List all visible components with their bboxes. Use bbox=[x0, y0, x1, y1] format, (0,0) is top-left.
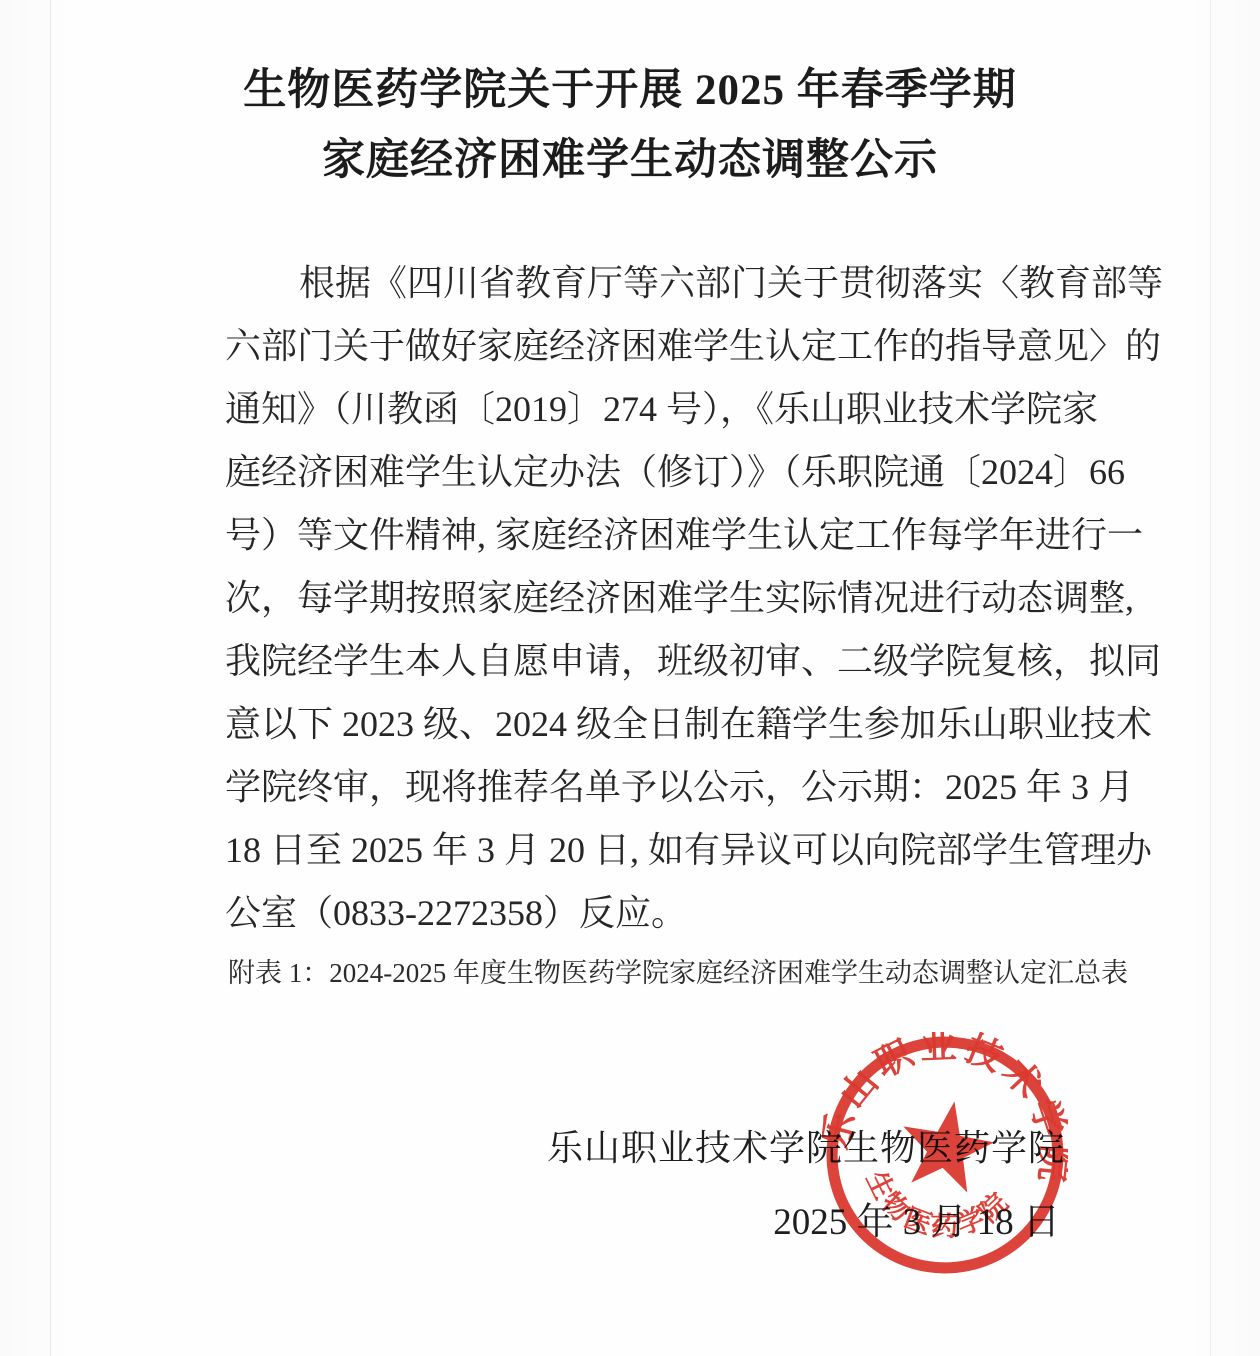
body-line: 意以下 2023 级、2024 级全日制在籍学生参加乐山职业技术 bbox=[225, 693, 1088, 756]
body-line: 六部门关于做好家庭经济困难学生认定工作的指导意见〉的 bbox=[225, 315, 1088, 378]
body-line: 18 日至 2025 年 3 月 20 日, 如有异议可以向院部学生管理办 bbox=[225, 819, 1088, 882]
body-line: 公室（0833-2272358）反应。 bbox=[225, 882, 1088, 945]
body-line: 学院终审，现将推荐名单予以公示，公示期：2025 年 3 月 bbox=[225, 756, 1088, 819]
scan-edge-line-left bbox=[50, 0, 51, 1356]
body-line: 次，每学期按照家庭经济困难学生实际情况进行动态调整, bbox=[225, 567, 1088, 630]
document-body: 根据《四川省教育厅等六部门关于贯彻落实〈教育部等 六部门关于做好家庭经济困难学生… bbox=[225, 252, 1088, 945]
official-seal-stamp: 乐山职业技术学院 生物医药学院 bbox=[822, 1032, 1068, 1278]
body-line: 号）等文件精神, 家庭经济困难学生认定工作每学年进行一 bbox=[225, 504, 1088, 567]
document-title: 生物医药学院关于开展 2025 年春季学期 家庭经济困难学生动态调整公示 bbox=[0, 56, 1260, 196]
body-line: 根据《四川省教育厅等六部门关于贯彻落实〈教育部等 bbox=[225, 252, 1088, 315]
title-line-2: 家庭经济困难学生动态调整公示 bbox=[0, 126, 1260, 196]
body-line: 庭经济困难学生认定办法（修订）》（乐职院通〔2024〕66 bbox=[225, 441, 1088, 504]
document-page: 生物医药学院关于开展 2025 年春季学期 家庭经济困难学生动态调整公示 根据《… bbox=[0, 0, 1260, 1356]
body-line: 我院经学生本人自愿申请，班级初审、二级学院复核，拟同 bbox=[225, 630, 1088, 693]
seal-star bbox=[894, 1093, 1000, 1195]
body-line: 通知》（川教函〔2019〕274 号），《乐山职业技术学院家 bbox=[225, 378, 1088, 441]
seal-group: 乐山职业技术学院 生物医药学院 bbox=[822, 1032, 1068, 1278]
attachment-note: 附表 1：2024-2025 年度生物医药学院家庭经济困难学生动态调整认定汇总表 bbox=[228, 953, 1188, 993]
scan-edge-line-right bbox=[1210, 0, 1211, 1356]
title-line-1: 生物医药学院关于开展 2025 年春季学期 bbox=[0, 56, 1260, 126]
